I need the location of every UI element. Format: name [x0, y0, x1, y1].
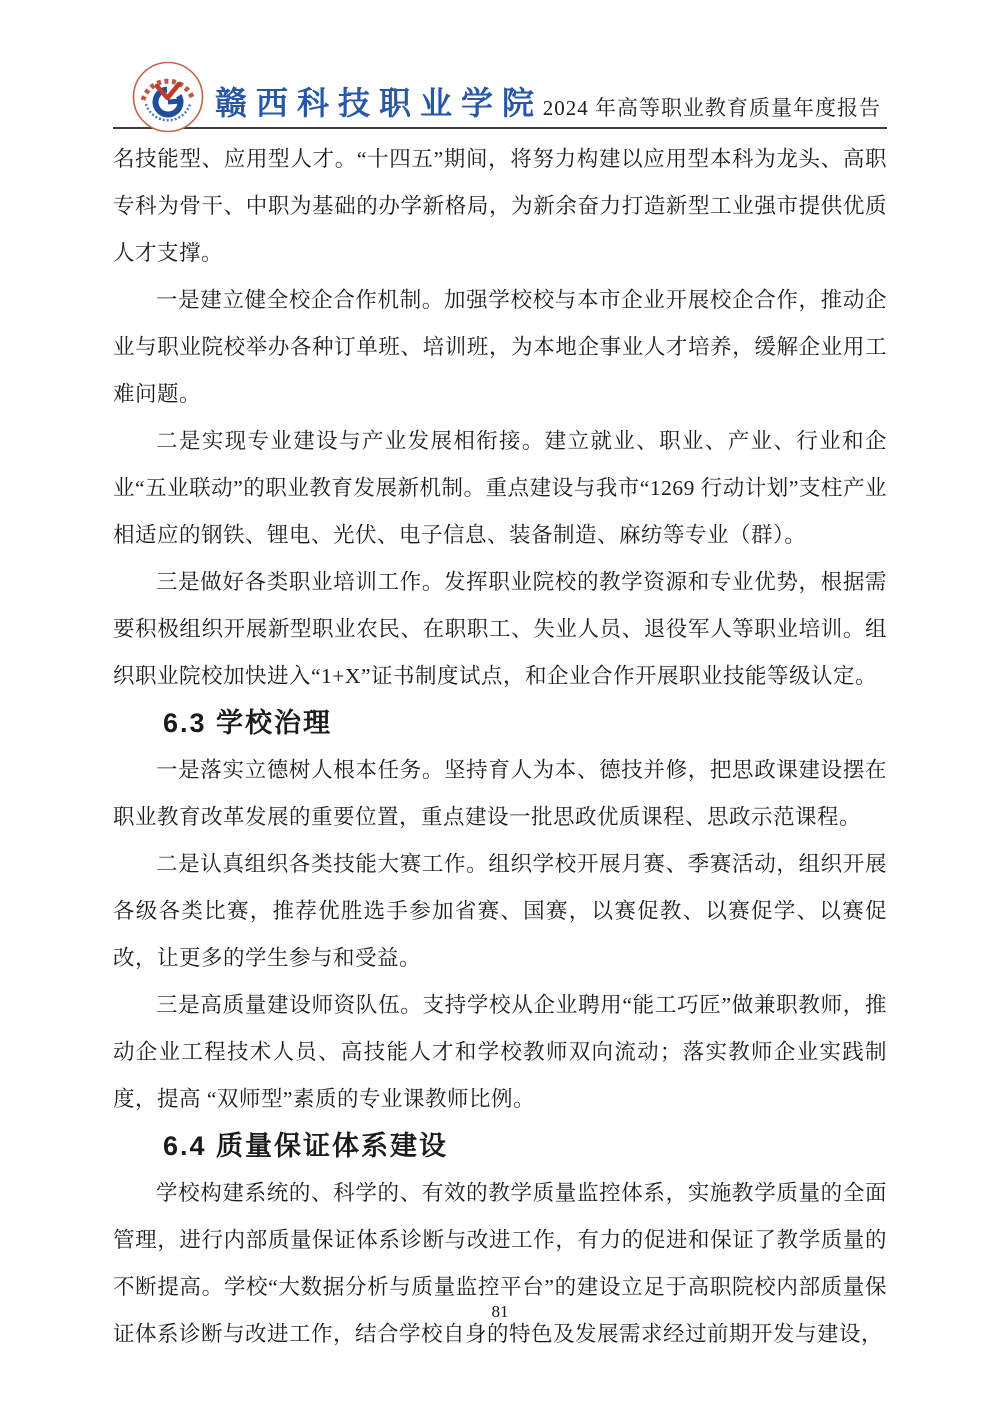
- section-heading: 6.3 学校治理: [113, 700, 887, 747]
- school-logo: [131, 60, 205, 134]
- body-paragraph: 名技能型、应用型人才。“十四五”期间，将努力构建以应用型本科为龙头、高职专科为骨…: [113, 136, 887, 277]
- report-page: 赣西科技职业学院 2024 年高等职业教育质量年度报告 名技能型、应用型人才。“…: [0, 0, 1000, 1411]
- report-title: 2024 年高等职业教育质量年度报告: [543, 92, 881, 122]
- school-name: 赣西科技职业学院: [215, 78, 543, 124]
- page-number: 81: [0, 1302, 1000, 1322]
- page-header: 赣西科技职业学院 2024 年高等职业教育质量年度报告: [113, 58, 887, 129]
- body-paragraph: 一是落实立德树人根本任务。坚持育人为本、德技并修，把思政课建设摆在职业教育改革发…: [113, 747, 887, 841]
- body-paragraph: 二是认真组织各类技能大赛工作。组织学校开展月赛、季赛活动，组织开展各级各类比赛，…: [113, 841, 887, 982]
- section-heading: 6.4 质量保证体系建设: [113, 1123, 887, 1170]
- body-paragraph: 三是做好各类职业培训工作。发挥职业院校的教学资源和专业优势，根据需要积极组织开展…: [113, 559, 887, 700]
- body-paragraph: 学校构建系统的、科学的、有效的教学质量监控体系，实施教学质量的全面管理，进行内部…: [113, 1170, 887, 1358]
- body-paragraph: 二是实现专业建设与产业发展相衔接。建立就业、职业、产业、行业和企业“五业联动”的…: [113, 418, 887, 559]
- body-paragraph: 三是高质量建设师资队伍。支持学校从企业聘用“能工巧匠”做兼职教师，推动企业工程技…: [113, 982, 887, 1123]
- school-emblem-icon: [131, 60, 205, 134]
- document-body: 名技能型、应用型人才。“十四五”期间，将努力构建以应用型本科为龙头、高职专科为骨…: [113, 136, 887, 1358]
- body-paragraph: 一是建立健全校企合作机制。加强学校校与本市企业开展校企合作，推动企业与职业院校举…: [113, 277, 887, 418]
